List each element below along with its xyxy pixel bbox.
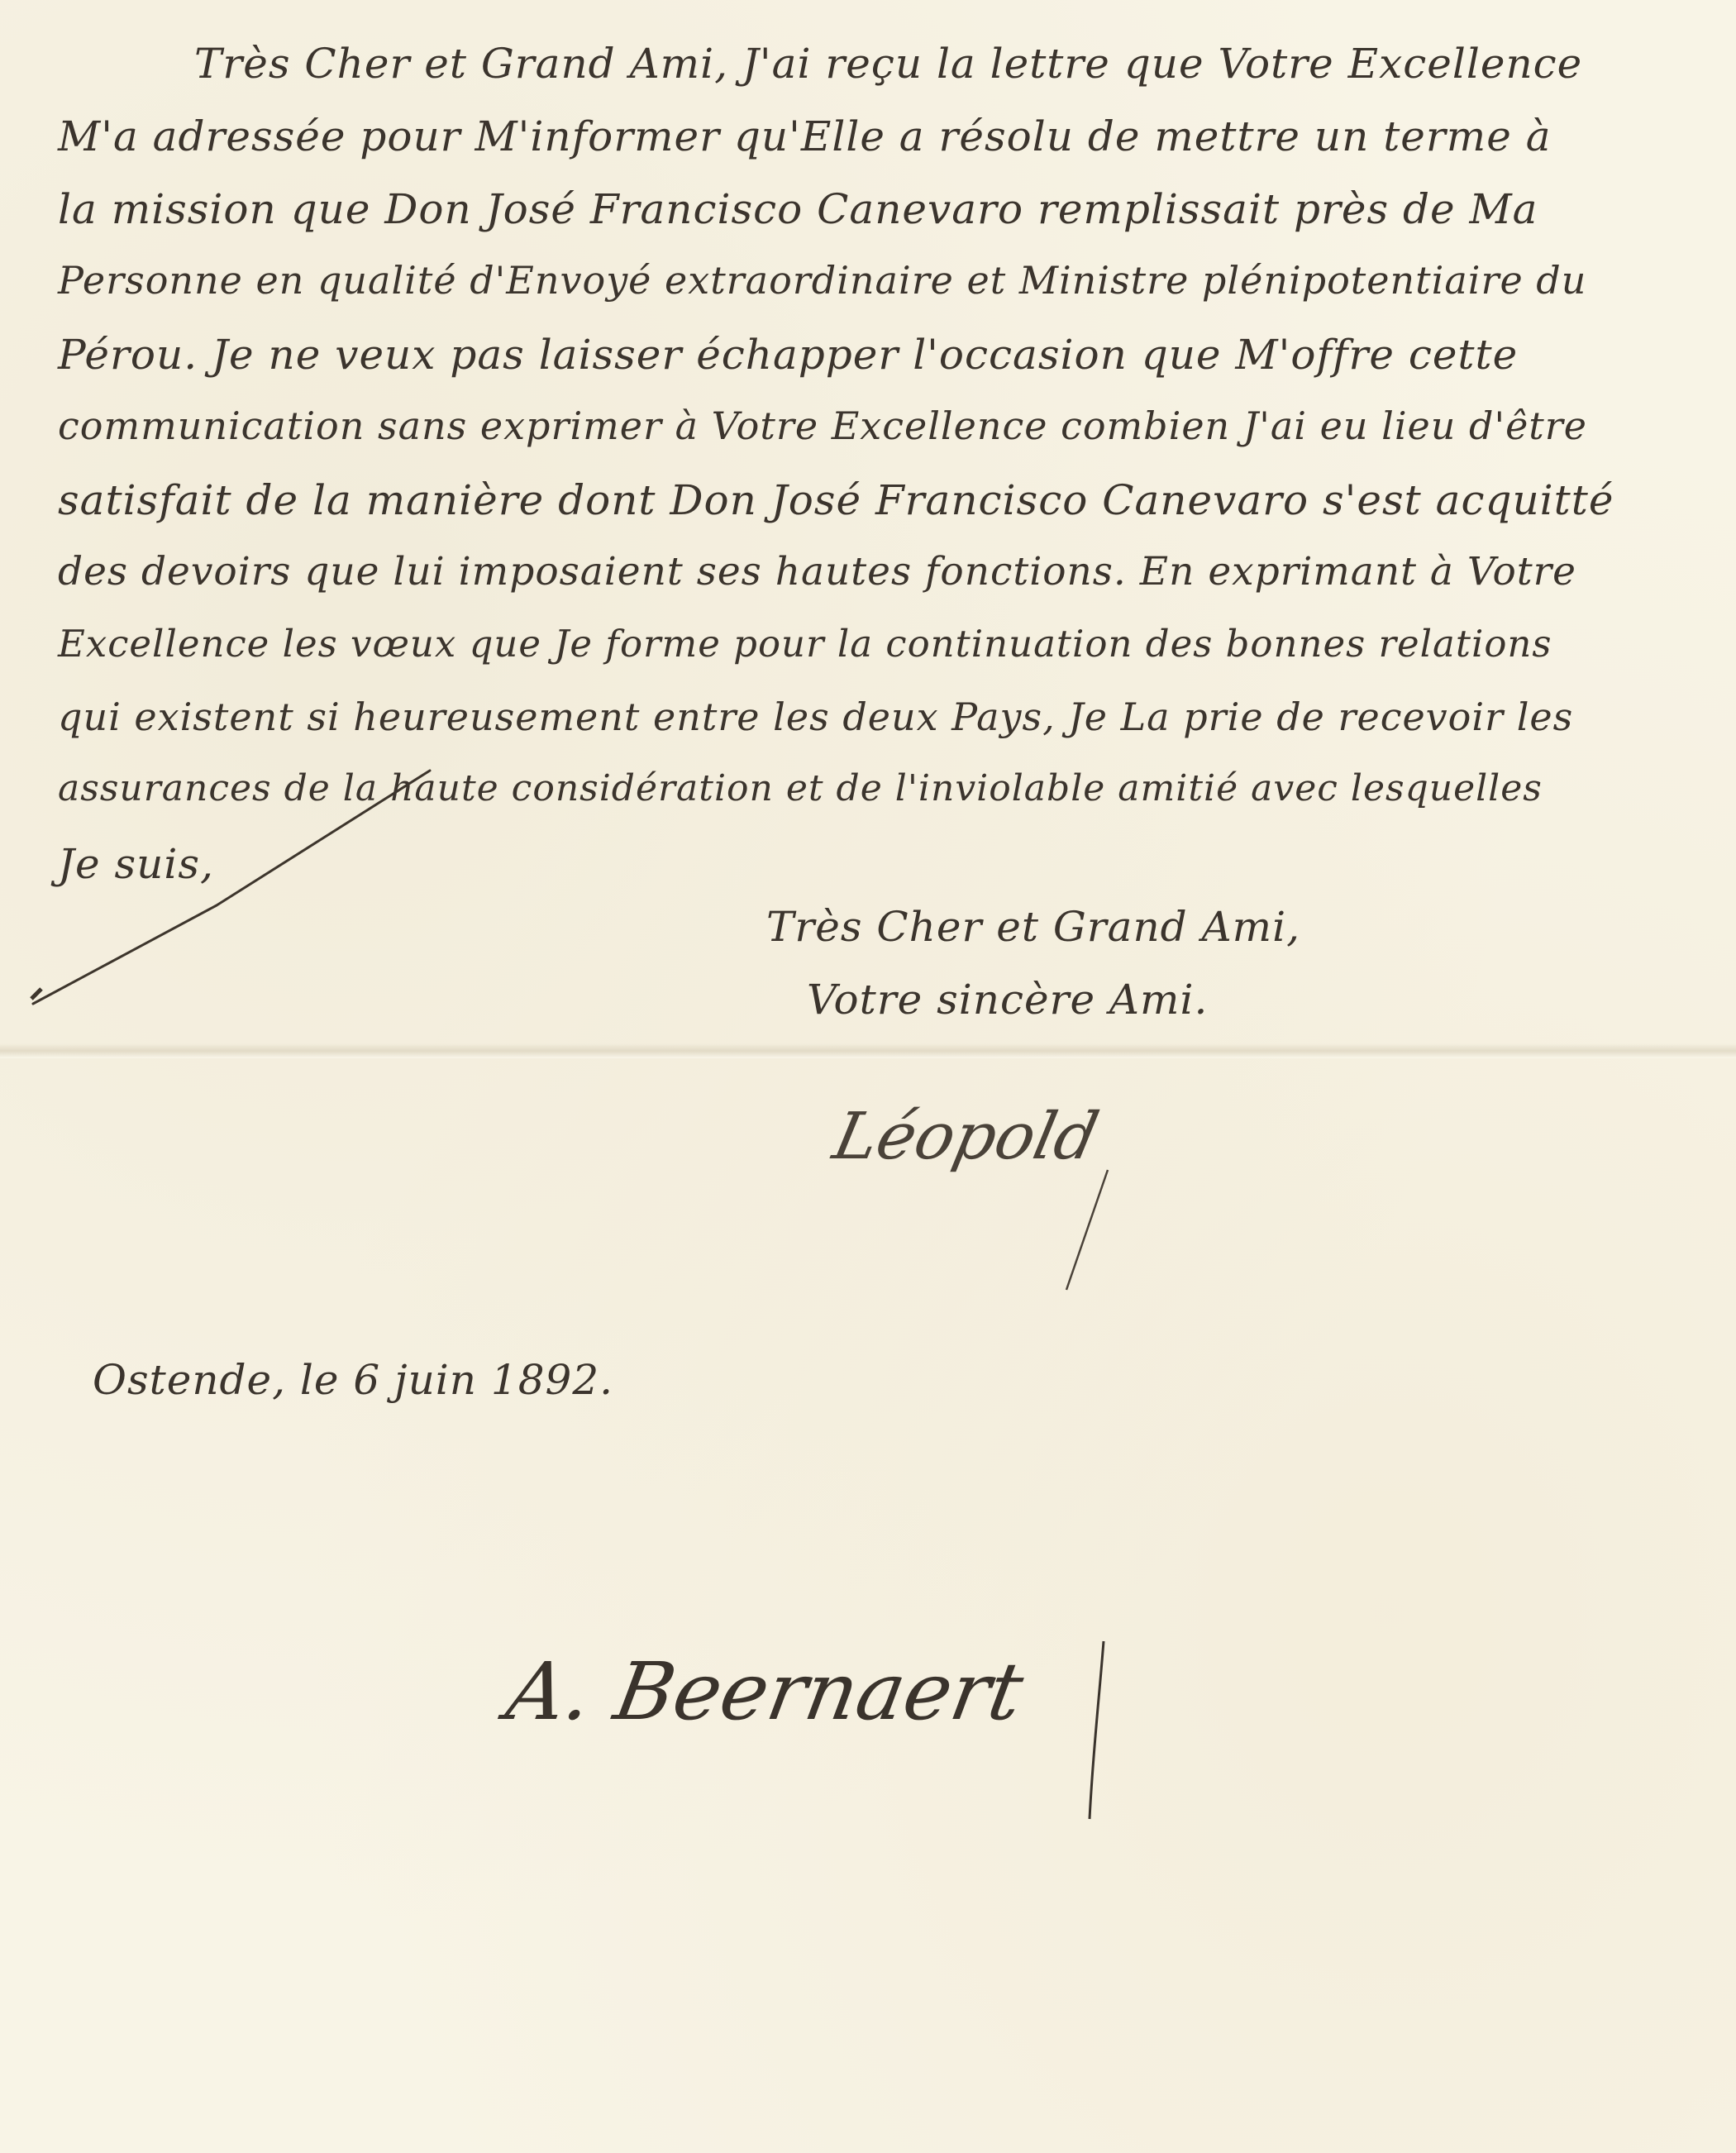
body-line-5: Pérou. Je ne veux pas laisser échapper l… xyxy=(58,334,1518,375)
paper-fold-crease xyxy=(0,1043,1736,1058)
body-line-8: des devoirs que lui imposaient ses haute… xyxy=(58,552,1576,591)
diagonal-pen-stroke xyxy=(0,0,1736,2153)
body-line-7: satisfait de la manière dont Don José Fr… xyxy=(58,480,1614,521)
place-and-date: Ostende, le 6 juin 1892. xyxy=(93,1356,613,1404)
body-line-2: M'a adressée pour M'informer qu'Elle a r… xyxy=(58,116,1552,157)
signature-beernaert: A. Beernaert xyxy=(500,1645,1030,1738)
body-line-11: assurances de la haute considération et … xyxy=(58,771,1543,807)
body-line-6: communication sans exprimer à Votre Exce… xyxy=(58,407,1587,445)
closing-valediction: Votre sincère Ami. xyxy=(807,976,1208,1024)
closing-salutation: Très Cher et Grand Ami, xyxy=(766,903,1300,951)
signature-beernaert-flourish xyxy=(0,0,1736,2153)
body-line-9: Excellence les vœux que Je forme pour la… xyxy=(58,625,1552,662)
signature-leopold: Léopold xyxy=(827,1100,1104,1174)
body-line-1: Très Cher et Grand Ami, J'ai reçu la let… xyxy=(194,43,1582,84)
signature-leopold-flourish xyxy=(0,0,1736,2153)
body-line-4: Personne en qualité d'Envoyé extraordina… xyxy=(58,261,1586,299)
body-line-12: Je suis, xyxy=(58,843,214,885)
body-line-10: qui existent si heureusement entre les d… xyxy=(58,698,1573,736)
body-line-3: la mission que Don José Francisco Caneva… xyxy=(58,189,1538,230)
